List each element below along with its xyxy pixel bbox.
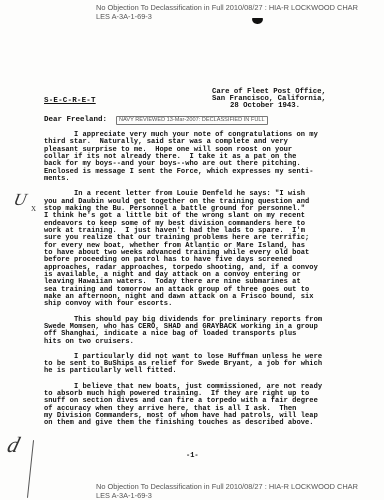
- letter-paragraph: This should pay big dividends for prelim…: [44, 317, 354, 346]
- declassification-stamp-top: No Objection To Declassification in Full…: [96, 3, 358, 21]
- stamp-line: No Objection To Declassification in Full…: [96, 3, 358, 12]
- letter-paragraph: I particularly did not want to lose Huff…: [44, 354, 354, 376]
- ink-blot: [252, 18, 263, 24]
- text-line: he is particularly well fitted.: [44, 368, 354, 375]
- letter-paragraph: I appreciate very much your note of cong…: [44, 132, 354, 183]
- letter-body: I appreciate very much your note of cong…: [44, 132, 354, 435]
- letter-paragraph: I believe that new boats, just commissio…: [44, 384, 354, 428]
- classification-header: S-E-C-R-E-T: [44, 97, 96, 105]
- text-line: Enclosed is message I sent the Force, wh…: [44, 169, 354, 176]
- text-line: ship convoy with four escorts.: [44, 301, 354, 308]
- document-page: No Objection To Declassification in Full…: [0, 0, 384, 500]
- salutation: Dear Freeland:: [44, 116, 107, 124]
- handwritten-x-mark: X: [31, 205, 36, 213]
- text-line: on them and give them the finishing touc…: [44, 420, 354, 427]
- navy-review-stamp: NAVY REVIEWED 13-Mar-2007: DECLASSIFIED …: [116, 116, 268, 125]
- handwritten-mark: d: [5, 432, 23, 458]
- letter-paragraph: In a recent letter from Louie Denfeld he…: [44, 191, 354, 309]
- sender-address: Care of Fleet Post Office, San Francisco…: [212, 89, 372, 111]
- stamp-line: LES A-3A-1-69-3: [96, 491, 358, 500]
- letter-date: 28 October 1943.: [212, 103, 372, 110]
- stamp-line: LES A-3A-1-69-3: [96, 12, 358, 21]
- handwritten-mark: U: [12, 190, 29, 210]
- handwritten-stroke: [27, 440, 34, 498]
- stamp-line: No Objection To Declassification in Full…: [96, 482, 358, 491]
- text-line: hits on two cruisers.: [44, 339, 354, 346]
- page-number: -1-: [186, 452, 199, 460]
- text-line: ments.: [44, 176, 354, 183]
- declassification-stamp-bottom: No Objection To Declassification in Full…: [96, 482, 358, 500]
